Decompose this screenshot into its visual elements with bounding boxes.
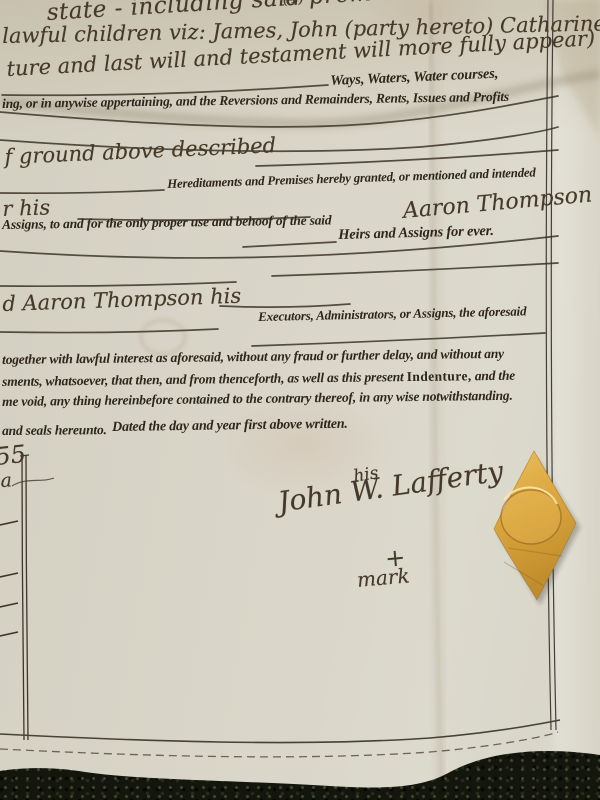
deed-paper: (4) state - including said premises to h… [0, 0, 600, 800]
left-margin-lines [0, 455, 29, 740]
right-border-lines [546, 0, 556, 730]
handwritten-margin-number: 55 [0, 440, 27, 471]
margin-flourish [12, 478, 54, 486]
indenture-blackletter-word: Indenture, [407, 368, 472, 384]
printed-seals-clause: and seals hereunto. [2, 422, 107, 439]
photo-of-deed: (4) state - including said premises to h… [0, 0, 600, 800]
printed-dated-clause: Dated the day and year first above writt… [112, 417, 348, 436]
wax-seal [494, 451, 580, 605]
handwritten-margin-letter: a [0, 469, 12, 492]
bottom-border-lines [0, 720, 560, 757]
covenant-2-post: and the [472, 368, 516, 384]
signature-mark-label: mark [356, 563, 410, 591]
